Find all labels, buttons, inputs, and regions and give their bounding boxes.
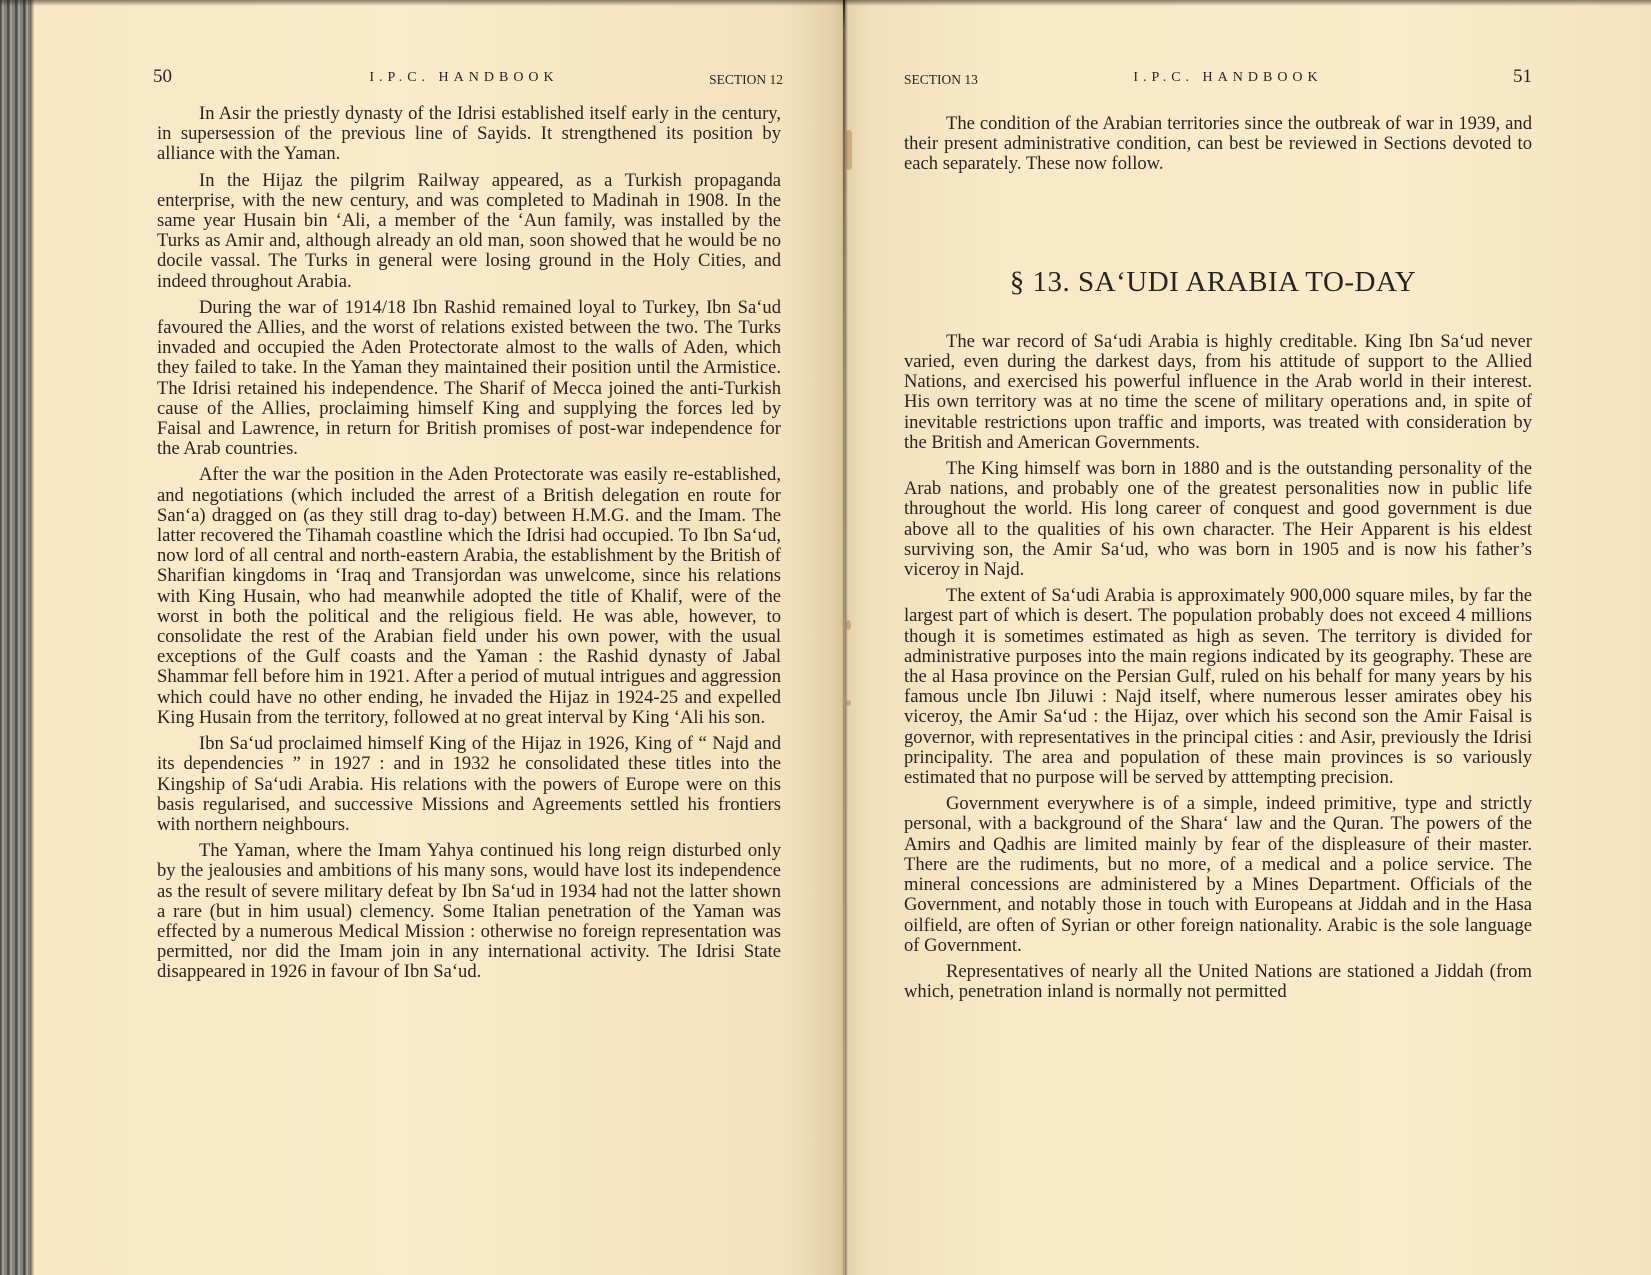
- paragraph: After the war the position in the Aden P…: [157, 465, 781, 728]
- paragraph: The Yaman, where the Imam Yahya continue…: [157, 841, 781, 982]
- running-head: 50 I.P.C. HANDBOOK SECTION 12: [157, 70, 781, 94]
- section-label: SECTION 12: [709, 72, 783, 88]
- page-number: 51: [1513, 66, 1532, 88]
- intro-paragraph: The condition of the Arabian territories…: [904, 114, 1532, 175]
- page-edges: [0, 0, 30, 1275]
- paragraph: Representatives of nearly all the United…: [904, 962, 1532, 1002]
- body-text: In Asir the priestly dynasty of the Idri…: [157, 104, 781, 989]
- paragraph: In the Hijaz the pilgrim Railway appeare…: [157, 171, 781, 292]
- running-title: I.P.C. HANDBOOK: [924, 70, 1532, 86]
- section-heading: § 13. SA‘UDI ARABIA TO-DAY: [894, 272, 1532, 292]
- book-spread: 50 I.P.C. HANDBOOK SECTION 12 In Asir th…: [0, 0, 1651, 1275]
- paragraph: Ibn Sa‘ud proclaimed himself King of the…: [157, 734, 781, 835]
- paper-stain: [846, 700, 851, 706]
- running-title: I.P.C. HANDBOOK: [147, 70, 781, 86]
- running-head: SECTION 13 I.P.C. HANDBOOK 51: [904, 70, 1532, 94]
- body-text: The condition of the Arabian territories…: [904, 114, 1532, 1008]
- paragraph: The war record of Sa‘udi Arabia is highl…: [904, 332, 1532, 453]
- paragraph: Government everywhere is of a simple, in…: [904, 794, 1532, 956]
- paragraph: In Asir the priestly dynasty of the Idri…: [157, 104, 781, 165]
- paragraph: During the war of 1914/18 Ibn Rashid rem…: [157, 298, 781, 460]
- book-gutter: [843, 0, 845, 1275]
- paper-stain: [846, 620, 851, 630]
- paragraph: The extent of Sa‘udi Arabia is approxima…: [904, 586, 1532, 788]
- top-shadow: [0, 0, 1651, 6]
- paper-stain: [846, 130, 852, 170]
- paragraph: The King himself was born in 1880 and is…: [904, 459, 1532, 580]
